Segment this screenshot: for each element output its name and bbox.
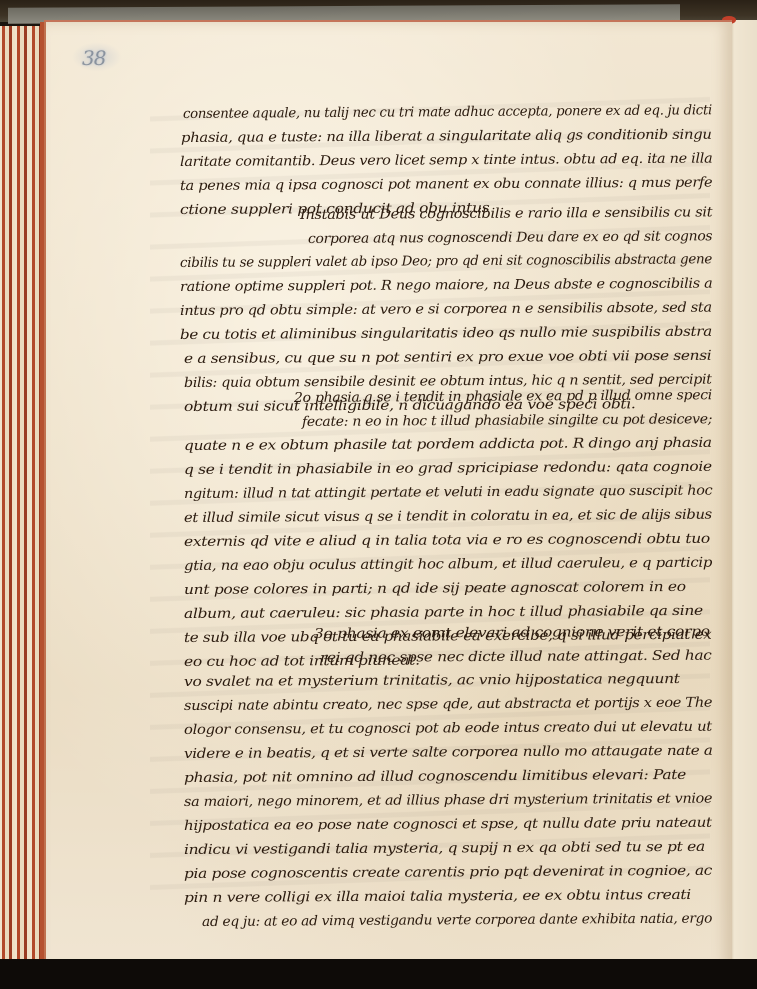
manuscript-paragraph-start: Instabis ut Deus cognoscibilis e rario i…	[300, 204, 712, 223]
manuscript-line: unt pose colores in parti; n qd ide sij …	[184, 579, 686, 598]
manuscript-line: ad eq ju: at eo ad vimq vestigandu verte…	[202, 911, 712, 930]
manuscript-line: gtia, na eao obju oculus attingit hoc al…	[184, 555, 712, 574]
manuscript-line: be cu totis et aliminibus singularitatis…	[180, 324, 712, 343]
manuscript-text: consentee aquale, nu talij nec cu tri ma…	[0, 0, 757, 989]
book-cover-bottom	[0, 959, 757, 989]
manuscript-line: e a sensibus, cu que su n pot sentiri ex…	[184, 348, 711, 367]
manuscript-line: ta penes mia q ipsa cognosci pot manent …	[180, 175, 712, 194]
manuscript-line: et illud simile sicut visus q se i tendi…	[184, 507, 712, 526]
manuscript-line: phasia, pot nit omnino ad illud cognosce…	[184, 767, 686, 786]
manuscript-line: indicu vi vestigandi talia mysteria, q s…	[184, 839, 705, 858]
manuscript-line: intus pro qd obtu simple: at vero e si c…	[180, 300, 712, 319]
manuscript-line: quate n e ex obtum phasile tat pordem ad…	[184, 435, 712, 454]
manuscript-line: album, aut caeruleu: sic phasia parte in…	[184, 603, 703, 622]
manuscript-line: videre e in beatis, q et si verte salte …	[184, 743, 713, 762]
manuscript-line: hijpostatica ea eo pose nate cognosci et…	[184, 815, 712, 834]
manuscript-line: consentee aquale, nu talij nec cu tri ma…	[183, 102, 712, 122]
manuscript-line: suscipi nate abintu creato, nec spse qde…	[184, 695, 712, 714]
manuscript-paragraph-start: 3o phasia ex eomt elevari ad cognione ve…	[314, 624, 710, 642]
manuscript-line: pin n vere colligi ex illa maioi talia m…	[184, 887, 691, 906]
manuscript-paragraph-start: fecate: n eo in hoc t illud phasiabile s…	[302, 411, 712, 430]
manuscript-line: laritate comitantib. Deus vero licet sem…	[180, 151, 712, 170]
manuscript-line: ngitum: illud n tat attingit pertate et …	[184, 483, 712, 502]
manuscript-line: ratione optime suppleri pot. R nego maio…	[180, 276, 713, 295]
manuscript-line: cibilis tu se suppleri valet ab ipso Deo…	[180, 251, 712, 271]
manuscript-line: externis qd vite e aliud q in talia tota…	[184, 531, 710, 550]
manuscript-paragraph-start: corporea atq nus cognoscendi Deu dare ex…	[308, 228, 712, 247]
manuscript-line: ologor consensu, et tu cognosci pot ab e…	[184, 719, 712, 738]
manuscript-line: phasia, qua e tuste: na illa liberat a s…	[181, 127, 712, 146]
manuscript-paragraph-start: rei qd nec spse nec dicte illud nate att…	[320, 648, 712, 666]
manuscript-paragraph-start: 2o phasia q se i tendit in phasiale ex e…	[294, 387, 712, 406]
manuscript-line: vo svalet na et mysterium trinitatis, ac…	[184, 671, 680, 690]
manuscript-line: q se i tendit in phasiabile in eo grad s…	[184, 459, 712, 478]
manuscript-line: sa maiori, nego minorem, et ad illius ph…	[184, 791, 712, 810]
manuscript-line: pia pose cognoscentis create carentis pr…	[184, 863, 712, 882]
